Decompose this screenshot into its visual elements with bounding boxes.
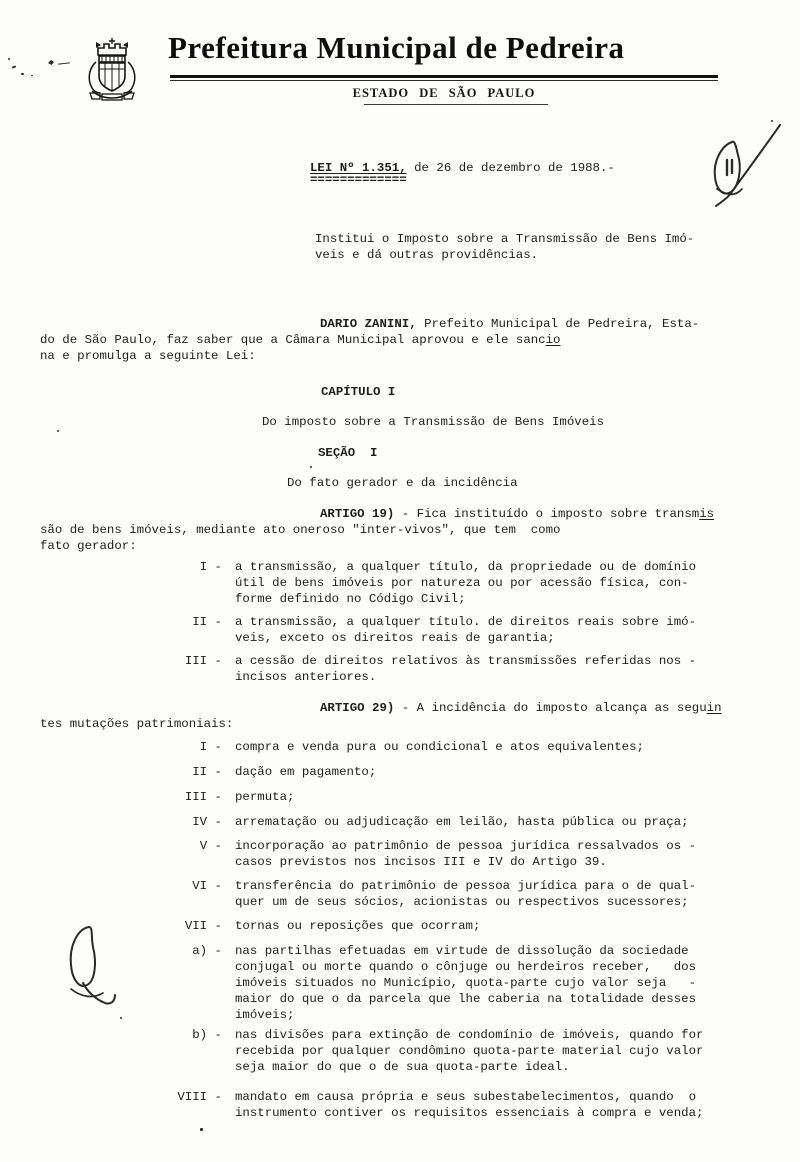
inciso-text: transferência do patrimônio de pessoa ju…	[235, 878, 696, 910]
inciso-numeral: IV -	[40, 814, 222, 830]
law-summary: Institui o Imposto sobre a Transmissão d…	[315, 231, 776, 263]
inciso-numeral: III -	[40, 789, 222, 805]
inciso-item: III - a cessão de direitos relativos às …	[40, 653, 776, 685]
inciso-text: a transmissão, a qualquer título. de dir…	[235, 614, 696, 646]
inciso-subitem: b) - nas divisões para extinção de condo…	[40, 1027, 776, 1075]
section-subtitle: Do fato gerador e da incidência	[287, 475, 776, 491]
header-rule-thin	[170, 80, 718, 81]
inciso-text: tornas ou reposições que ocorram;	[235, 918, 480, 934]
section-heading: SEÇÃO I	[318, 445, 776, 461]
state-subtitle: ESTADO DE SÃO PAULO	[170, 86, 718, 101]
inciso-item: III - permuta;	[40, 789, 776, 805]
inciso-text: arrematação ou adjudicação em leilão, ha…	[235, 814, 689, 830]
law-date: de 26 de dezembro de 1988.-	[407, 161, 615, 175]
inciso-subitem: a) - nas partilhas efetuadas em virtude …	[40, 943, 776, 1023]
preamble-text-underlined: io	[546, 333, 561, 347]
letterhead: Prefeitura Municipal de Pedreira ESTADO …	[0, 0, 800, 160]
scanned-law-document: Prefeitura Municipal de Pedreira ESTADO …	[0, 0, 800, 1162]
inciso-item: VIII - mandato em causa própria e seus s…	[40, 1089, 776, 1121]
inciso-text: mandato em causa própria e seus subestab…	[235, 1089, 703, 1121]
inciso-numeral: II -	[40, 764, 222, 780]
preamble-paragraph: DARIO ZANINI, Prefeito Municipal de Pedr…	[40, 316, 776, 364]
chapter-heading: CAPÍTULO I	[321, 384, 776, 400]
chapter-subtitle: Do imposto sobre a Transmissão de Bens I…	[262, 414, 776, 430]
coat-of-arms-logo	[84, 36, 140, 104]
state-subtitle-underline	[364, 104, 548, 105]
inciso-item: II - dação em pagamento;	[40, 764, 776, 780]
inciso-item: VII - tornas ou reposições que ocorram;	[40, 918, 776, 934]
preamble-text-end: na e promulga a seguinte Lei:	[40, 349, 256, 363]
inciso-text: nas partilhas efetuadas em virtude de di…	[235, 943, 696, 1023]
law-number-line: LEI Nº 1.351, de 26 de dezembro de 1988.…	[310, 160, 776, 185]
inciso-numeral: II -	[40, 614, 222, 646]
article-2-text-underlined: in	[707, 701, 722, 715]
mayor-name: DARIO ZANINI,	[320, 317, 417, 331]
article-2-label: ARTIGO 29)	[320, 701, 394, 715]
inciso-text: dação em pagamento;	[235, 764, 376, 780]
inciso-item: IV - arrematação ou adjudicação em leilã…	[40, 814, 776, 830]
inciso-numeral: V -	[40, 838, 222, 870]
inciso-text: compra e venda pura ou condicional e ato…	[235, 739, 644, 755]
inciso-item: VI - transferência do patrimônio de pess…	[40, 878, 776, 910]
inciso-numeral: I -	[40, 559, 222, 607]
inciso-numeral: I -	[40, 739, 222, 755]
article-1-text-end: são de bens imóveis, mediante ato oneros…	[40, 523, 561, 553]
article-1-text-underlined: is	[699, 507, 714, 521]
article-2-text: - A incidência do imposto alcança as seg…	[394, 701, 706, 715]
inciso-numeral: III -	[40, 653, 222, 685]
law-number-double-underline: =============	[310, 176, 776, 185]
article-2-paragraph: ARTIGO 29) - A incidência do imposto alc…	[40, 700, 776, 732]
municipality-title: Prefeitura Municipal de Pedreira	[168, 30, 728, 66]
inciso-numeral: VII -	[40, 918, 222, 934]
inciso-item: I - compra e venda pura ou condicional e…	[40, 739, 776, 755]
article-1-text: - Fica instituído o imposto sobre transm	[394, 507, 699, 521]
document-body: LEI Nº 1.351, de 26 de dezembro de 1988.…	[40, 160, 776, 1121]
inciso-text: a transmissão, a qualquer título, da pro…	[235, 559, 696, 607]
inciso-item: II - a transmissão, a qualquer título. d…	[40, 614, 776, 646]
inciso-text: nas divisões para extinção de condomínio…	[235, 1027, 703, 1075]
article-2-text-end: tes mutações patrimoniais:	[40, 717, 233, 731]
inciso-letter: a) -	[40, 943, 222, 1023]
inciso-item: V - incorporação ao patrimônio de pessoa…	[40, 838, 776, 870]
inciso-numeral: VIII -	[40, 1089, 222, 1121]
inciso-text: a cessão de direitos relativos às transm…	[235, 653, 696, 685]
header-rule-thick	[170, 75, 718, 78]
inciso-letter: b) -	[40, 1027, 222, 1075]
article-1-paragraph: ARTIGO 19) - Fica instituído o imposto s…	[40, 506, 776, 554]
article-1-label: ARTIGO 19)	[320, 507, 394, 521]
inciso-text: permuta;	[235, 789, 295, 805]
inciso-numeral: VI -	[40, 878, 222, 910]
inciso-text: incorporação ao patrimônio de pessoa jur…	[235, 838, 696, 870]
inciso-item: I - a transmissão, a qualquer título, da…	[40, 559, 776, 607]
